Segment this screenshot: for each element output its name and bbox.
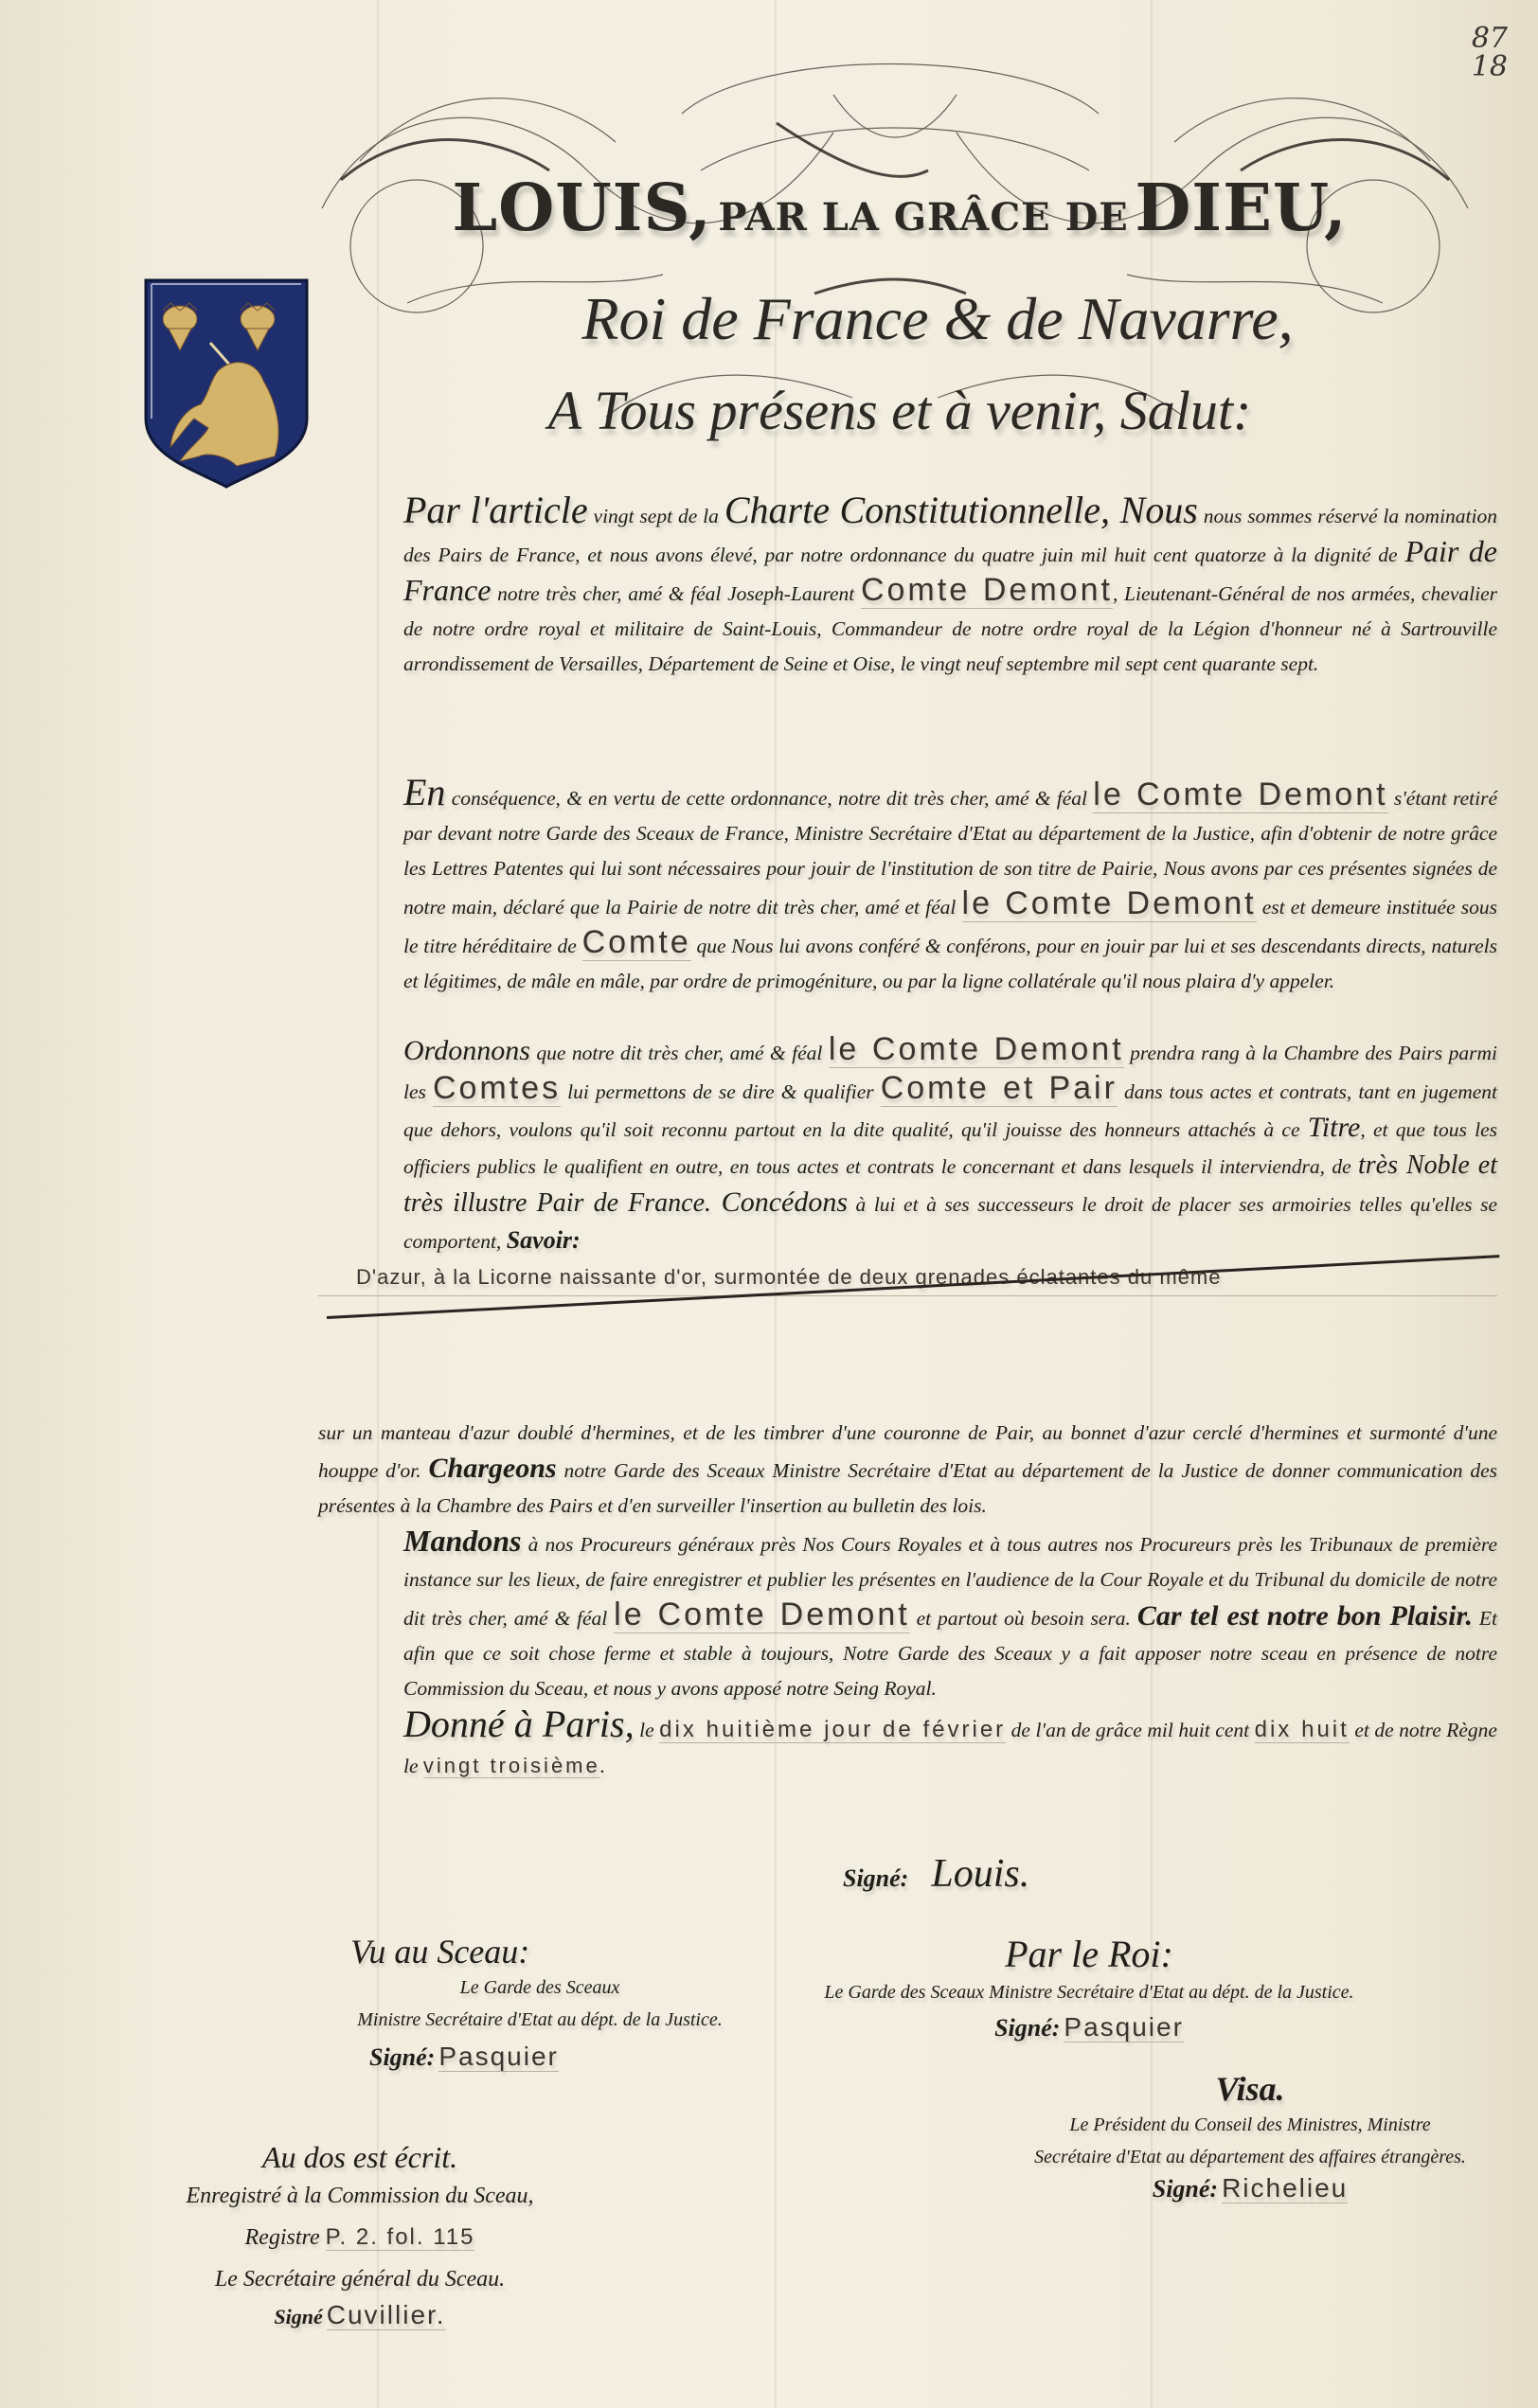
title-line-1: LOUIS, PAR LA GRÂCE DE DIEU, bbox=[379, 170, 1421, 246]
grantee-name: Comte Demont bbox=[861, 572, 1113, 609]
coat-of-arms-icon bbox=[142, 276, 311, 491]
vu-au-sceau-block: Vu au Sceau: Le Garde des Sceaux Ministr… bbox=[313, 1932, 767, 2072]
folio-number: 87 18 bbox=[1472, 25, 1508, 81]
paragraph-consequence: En conséquence, & en vertu de cette ordo… bbox=[318, 775, 1497, 999]
paragraph-ordonnons: Ordonnons que notre dit très cher, amé &… bbox=[318, 1032, 1497, 1296]
visa-block: Visa. Le Président du Conseil des Minist… bbox=[1004, 2069, 1496, 2203]
title-line-2: Roi de France & de Navarre, bbox=[417, 284, 1458, 354]
paragraph-chargeons: sur un manteau d'azur doublé d'hermines,… bbox=[318, 1416, 1497, 1784]
title-line-3: A Tous présens et à venir, Salut: bbox=[379, 379, 1421, 442]
par-le-roi-block: Par le Roi: Le Garde des Sceaux Ministre… bbox=[758, 1932, 1421, 2042]
paragraph-article: Par l'article vingt sept de la Charte Co… bbox=[318, 492, 1497, 682]
au-dos-block: Au dos est écrit. Enregistré à la Commis… bbox=[133, 2140, 587, 2330]
king-signature: Signé: Louis. bbox=[843, 1851, 1029, 1897]
